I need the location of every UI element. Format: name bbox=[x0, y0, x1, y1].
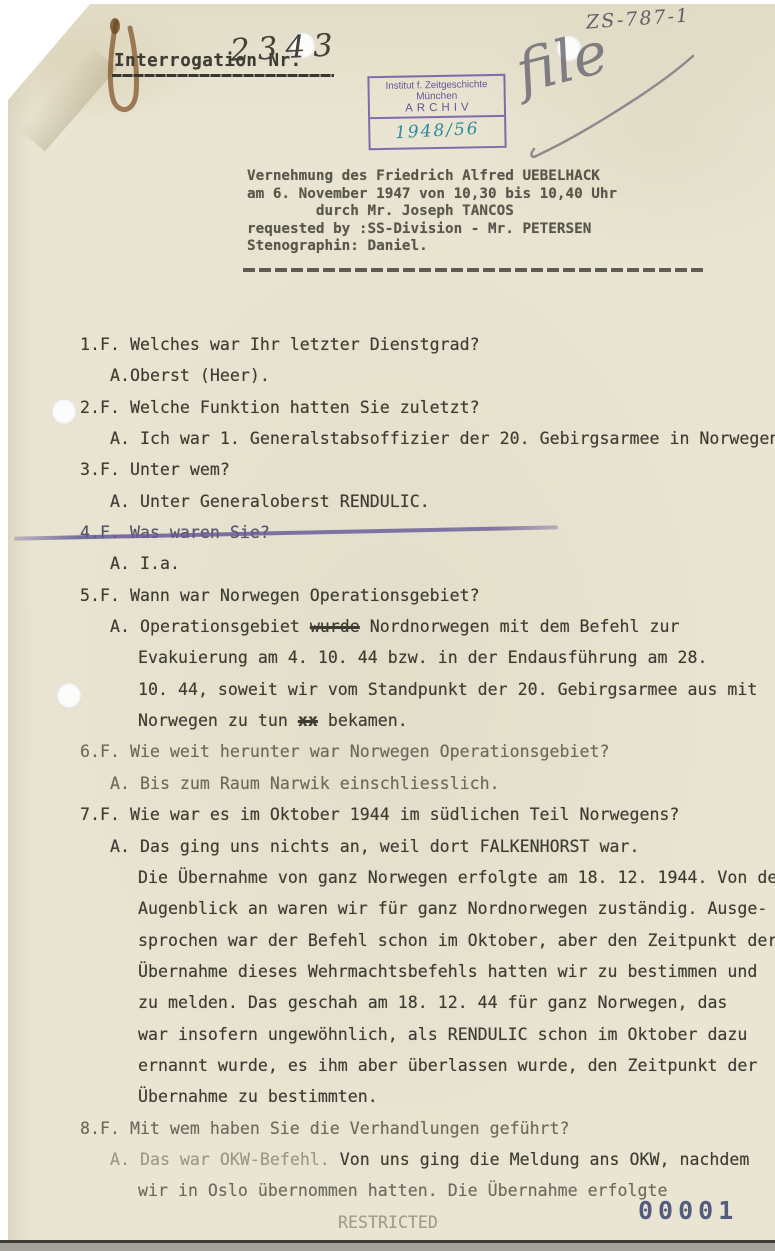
line-segment: 6.F. Wie weit herunter war Norwegen Oper… bbox=[80, 742, 610, 761]
archive-stamp: Institut f. Zeitgeschichte München ARCHI… bbox=[367, 74, 506, 150]
line-segment: war insofern ungewöhnlich, als RENDULIC … bbox=[138, 1025, 747, 1044]
document-line: Die Übernahme von ganz Norwegen erfolgte… bbox=[80, 862, 775, 893]
line-segment: bekamen. bbox=[318, 711, 408, 730]
interrogation-number-handwritten: 2343 bbox=[229, 27, 342, 69]
line-segment: Augenblick an waren wir für ganz Nordnor… bbox=[138, 899, 767, 918]
document-line: Übernahme zu bestimmten. bbox=[80, 1081, 775, 1112]
document-line: war insofern ungewöhnlich, als RENDULIC … bbox=[80, 1019, 775, 1050]
line-segment: 7.F. Wie war es im Oktober 1944 im südli… bbox=[80, 805, 679, 824]
document-line: zu melden. Das geschah am 18. 12. 44 für… bbox=[80, 987, 775, 1018]
line-segment: A. Das war OKW-Befehl. bbox=[110, 1150, 330, 1169]
line-segment: xx bbox=[298, 711, 318, 730]
qa-lines: 1.F. Welches war Ihr letzter Dienstgrad?… bbox=[80, 329, 775, 1238]
line-segment: Von uns ging die Meldung ans OKW, nachde… bbox=[330, 1150, 750, 1169]
line-segment: A. I.a. bbox=[110, 554, 180, 573]
line-segment: A. Unter Generaloberst RENDULIC. bbox=[110, 492, 430, 511]
document-line: 10. 44, soweit wir vom Standpunkt der 20… bbox=[80, 674, 775, 705]
line-segment: sprochen war der Befehl schon im Oktober… bbox=[138, 931, 775, 950]
document-line: sprochen war der Befehl schon im Oktober… bbox=[80, 925, 775, 956]
archive-stamp-archiv: ARCHIV bbox=[370, 101, 504, 115]
line-segment: A.Oberst (Heer). bbox=[110, 366, 270, 385]
document-line: A. Ich war 1. Generalstabsoffizier der 2… bbox=[80, 423, 775, 454]
document-line: 6.F. Wie weit herunter war Norwegen Oper… bbox=[80, 736, 775, 767]
document-line: A. I.a. bbox=[80, 548, 775, 579]
document-page: Interrogation Nr. 2343 ZS-787-1 file Ins… bbox=[8, 4, 775, 1240]
archive-stamp-institution: Institut f. Zeitgeschichte bbox=[371, 79, 501, 92]
line-segment: 8.F. Mit wem haben Sie die Verhandlungen… bbox=[80, 1119, 570, 1138]
document-line: Evakuierung am 4. 10. 44 bzw. in der End… bbox=[80, 642, 775, 673]
document-line: A. Das ging uns nichts an, weil dort FAL… bbox=[80, 831, 775, 862]
line-segment: Nordnorwegen mit dem Befehl zur bbox=[360, 617, 680, 636]
page-number-stamp: 00001 bbox=[638, 1196, 738, 1225]
line-segment: A. Bis zum Raum Narwik einschliesslich. bbox=[110, 774, 500, 793]
document-line: 5.F. Wann war Norwegen Operationsgebiet? bbox=[80, 580, 775, 611]
header-line: durch Mr. Joseph TANCOS bbox=[247, 203, 617, 221]
dashed-separator bbox=[243, 268, 705, 272]
line-segment: zu melden. Das geschah am 18. 12. 44 für… bbox=[138, 993, 727, 1012]
line-segment: Übernahme zu bestimmten. bbox=[138, 1087, 378, 1106]
document-line: 2.F. Welche Funktion hatten Sie zuletzt? bbox=[80, 392, 775, 423]
document-line: 8.F. Mit wem haben Sie die Verhandlungen… bbox=[80, 1113, 775, 1144]
document-line: A. Bis zum Raum Narwik einschliesslich. bbox=[80, 768, 775, 799]
line-segment: RESTRICTED bbox=[338, 1213, 438, 1232]
document-line: A. Das war OKW-Befehl. Von uns ging die … bbox=[80, 1144, 775, 1175]
line-segment: A. Das ging uns nichts an, weil dort FAL… bbox=[110, 837, 640, 856]
punch-hole bbox=[56, 682, 82, 709]
line-segment: 1.F. Welches war Ihr letzter Dienstgrad? bbox=[80, 335, 480, 354]
line-segment: wir in Oslo übernommen hatten. Die Übern… bbox=[138, 1181, 668, 1200]
line-segment: 3.F. Unter wem? bbox=[80, 460, 230, 479]
document-line: ernannt wurde, es ihm aber überlassen wu… bbox=[80, 1050, 775, 1081]
line-segment: Die Übernahme von ganz Norwegen erfolgte… bbox=[138, 868, 775, 887]
document-line: 7.F. Wie war es im Oktober 1944 im südli… bbox=[80, 799, 775, 830]
line-segment: Evakuierung am 4. 10. 44 bzw. in der End… bbox=[138, 648, 707, 667]
line-segment: 10. 44, soweit wir vom Standpunkt der 20… bbox=[138, 680, 757, 699]
punch-hole bbox=[51, 398, 77, 425]
line-segment: ernannt wurde, es ihm aber überlassen wu… bbox=[138, 1056, 757, 1075]
line-segment: wurde bbox=[310, 617, 360, 636]
line-segment: 2.F. Welche Funktion hatten Sie zuletzt? bbox=[80, 398, 480, 417]
header-line: requested by :SS-Division - Mr. PETERSEN bbox=[247, 221, 617, 239]
interrogation-underline bbox=[112, 74, 334, 77]
line-segment: A. Operationsgebiet bbox=[110, 617, 310, 636]
header-line: Vernehmung des Friedrich Alfred UEBELHAC… bbox=[247, 168, 617, 186]
scan-background-edge bbox=[0, 1240, 775, 1251]
line-segment: 5.F. Wann war Norwegen Operationsgebiet? bbox=[80, 586, 480, 605]
interrogation-header: Vernehmung des Friedrich Alfred UEBELHAC… bbox=[247, 168, 617, 256]
header-line: am 6. November 1947 von 10,30 bis 10,40 … bbox=[247, 186, 617, 204]
document-line: 3.F. Unter wem? bbox=[80, 454, 775, 485]
document-line: Norwegen zu tun xx bekamen. bbox=[80, 705, 775, 736]
document-line: Augenblick an waren wir für ganz Nordnor… bbox=[80, 893, 775, 924]
line-segment: Norwegen zu tun bbox=[138, 711, 298, 730]
document-line: A.Oberst (Heer). bbox=[80, 360, 775, 391]
document-line: 4.F. Was waren Sie? bbox=[80, 517, 775, 548]
document-line: A. Operationsgebiet wurde Nordnorwegen m… bbox=[80, 611, 775, 642]
archive-stamp-number-handwritten: 1948/56 bbox=[370, 118, 505, 145]
document-line: Übernahme dieses Wehrmachtsbefehls hatte… bbox=[80, 956, 775, 987]
document-line: A. Unter Generaloberst RENDULIC. bbox=[80, 486, 775, 517]
line-segment: Übernahme dieses Wehrmachtsbefehls hatte… bbox=[138, 962, 757, 981]
header-line: Stenographin: Daniel. bbox=[247, 238, 617, 256]
line-segment: A. Ich war 1. Generalstabsoffizier der 2… bbox=[110, 429, 775, 448]
document-line: 1.F. Welches war Ihr letzter Dienstgrad? bbox=[80, 329, 775, 360]
